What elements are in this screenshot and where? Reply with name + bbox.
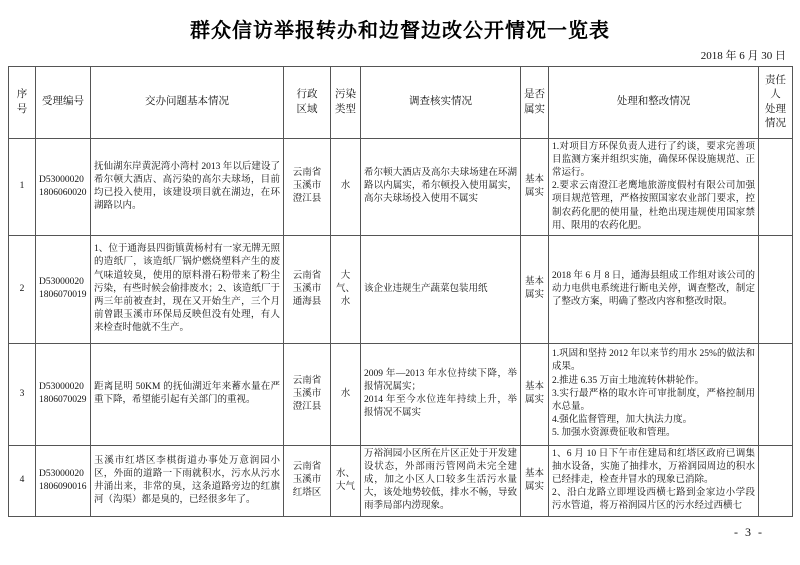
cell-pollution: 水: [331, 343, 361, 445]
table-row: 2 D530000201806070019 1、位于通海县四街镇黄杨村有一家无牌…: [9, 235, 793, 343]
cell-verification: 该企业违规生产蔬菜包装用纸: [361, 235, 521, 343]
cell-region: 云南省 玉溪市 澄江县: [284, 139, 331, 236]
col-header-case-id: 受理编号: [36, 67, 91, 139]
cell-verification: 万裕润园小区所在片区正处于开发建设状态，外部雨污管网尚未完全建成，加之小区人口较…: [361, 445, 521, 516]
cell-case-id: D530000201806070029: [36, 343, 91, 445]
cell-case-id: D530000201806090016: [36, 445, 91, 516]
cell-responsible: [759, 139, 793, 236]
table-row: 1 D530000201806060020 抚仙湖东岸黄泥湾小湾村 2013 年…: [9, 139, 793, 236]
cell-problem: 距离昆明 50KM 的抚仙湖近年来蓄水量在严重下降，希望能引起有关部门的重视。: [91, 343, 284, 445]
cell-problem: 玉溪市红塔区李棋街道办事处万意润园小区，外面的道路一下雨就积水，污水从污水井涌出…: [91, 445, 284, 516]
cell-action: 2018 年 6 月 8 日，通海县组成工作组对该公司的动力电供电系统进行断电关…: [549, 235, 759, 343]
cell-verification: 希尔顿大酒店及高尔夫球场建在环湖路以内属实，希尔顿投入使用属实，高尔夫球场投入使…: [361, 139, 521, 236]
cell-problem: 抚仙湖东岸黄泥湾小湾村 2013 年以后建设了希尔顿大酒店、高污染的高尔夫球场，…: [91, 139, 284, 236]
cell-action: 1.巩固和坚持 2012 年以来节约用水 25%的做法和成果。 2.推进 6.3…: [549, 343, 759, 445]
table-row: 4 D530000201806090016 玉溪市红塔区李棋街道办事处万意润园小…: [9, 445, 793, 516]
document-page: 群众信访举报转办和边督边改公开情况一览表 2018 年 6 月 30 日 序 号…: [0, 0, 800, 565]
cell-is-true: 基本 属实: [521, 343, 549, 445]
report-table: 序 号 受理编号 交办问题基本情况 行政 区域 污染 类型 调查核实情况 是否 …: [8, 66, 793, 517]
col-header-action: 处理和整改情况: [549, 67, 759, 139]
cell-case-id: D530000201806060020: [36, 139, 91, 236]
cell-no: 2: [9, 235, 36, 343]
col-header-pollution: 污染 类型: [331, 67, 361, 139]
cell-no: 1: [9, 139, 36, 236]
page-number: - 3 -: [0, 525, 800, 540]
document-date: 2018 年 6 月 30 日: [0, 47, 800, 63]
cell-verification: 2009 年—2013 年水位持续下降，举报情况属实； 2014 年至今水位连年…: [361, 343, 521, 445]
cell-is-true: 基本 属实: [521, 445, 549, 516]
col-header-responsible: 责任 人 处理 情况: [759, 67, 793, 139]
cell-region: 云南省 玉溪市 澄江县: [284, 343, 331, 445]
cell-is-true: 基本 属实: [521, 139, 549, 236]
col-header-problem: 交办问题基本情况: [91, 67, 284, 139]
table-row: 3 D530000201806070029 距离昆明 50KM 的抚仙湖近年来蓄…: [9, 343, 793, 445]
cell-case-id: D530000201806070019: [36, 235, 91, 343]
col-header-region: 行政 区域: [284, 67, 331, 139]
cell-problem: 1、位于通海县四街镇黄杨村有一家无牌无照的造纸厂，该造纸厂锅炉燃烧塑料产生的废气…: [91, 235, 284, 343]
col-header-verification: 调查核实情况: [361, 67, 521, 139]
table-header-row: 序 号 受理编号 交办问题基本情况 行政 区域 污染 类型 调查核实情况 是否 …: [9, 67, 793, 139]
cell-action: 1.对项目方环保负责人进行了约谈，要求完善项目监测方案并组织实施，确保环保设施规…: [549, 139, 759, 236]
cell-pollution: 水、大气: [331, 445, 361, 516]
cell-no: 3: [9, 343, 36, 445]
cell-responsible: [759, 445, 793, 516]
cell-responsible: [759, 343, 793, 445]
cell-action: 1、6 月 10 日下午市住建局和红塔区政府已调集抽水设备，实施了抽排水，万裕润…: [549, 445, 759, 516]
cell-region: 云南省 玉溪市 红塔区: [284, 445, 331, 516]
cell-responsible: [759, 235, 793, 343]
cell-region: 云南省 玉溪市 通海县: [284, 235, 331, 343]
page-title: 群众信访举报转办和边督边改公开情况一览表: [0, 0, 800, 43]
col-header-is-true: 是否 属实: [521, 67, 549, 139]
cell-pollution: 大气、水: [331, 235, 361, 343]
col-header-no: 序 号: [9, 67, 36, 139]
cell-pollution: 水: [331, 139, 361, 236]
cell-is-true: 基本 属实: [521, 235, 549, 343]
cell-no: 4: [9, 445, 36, 516]
